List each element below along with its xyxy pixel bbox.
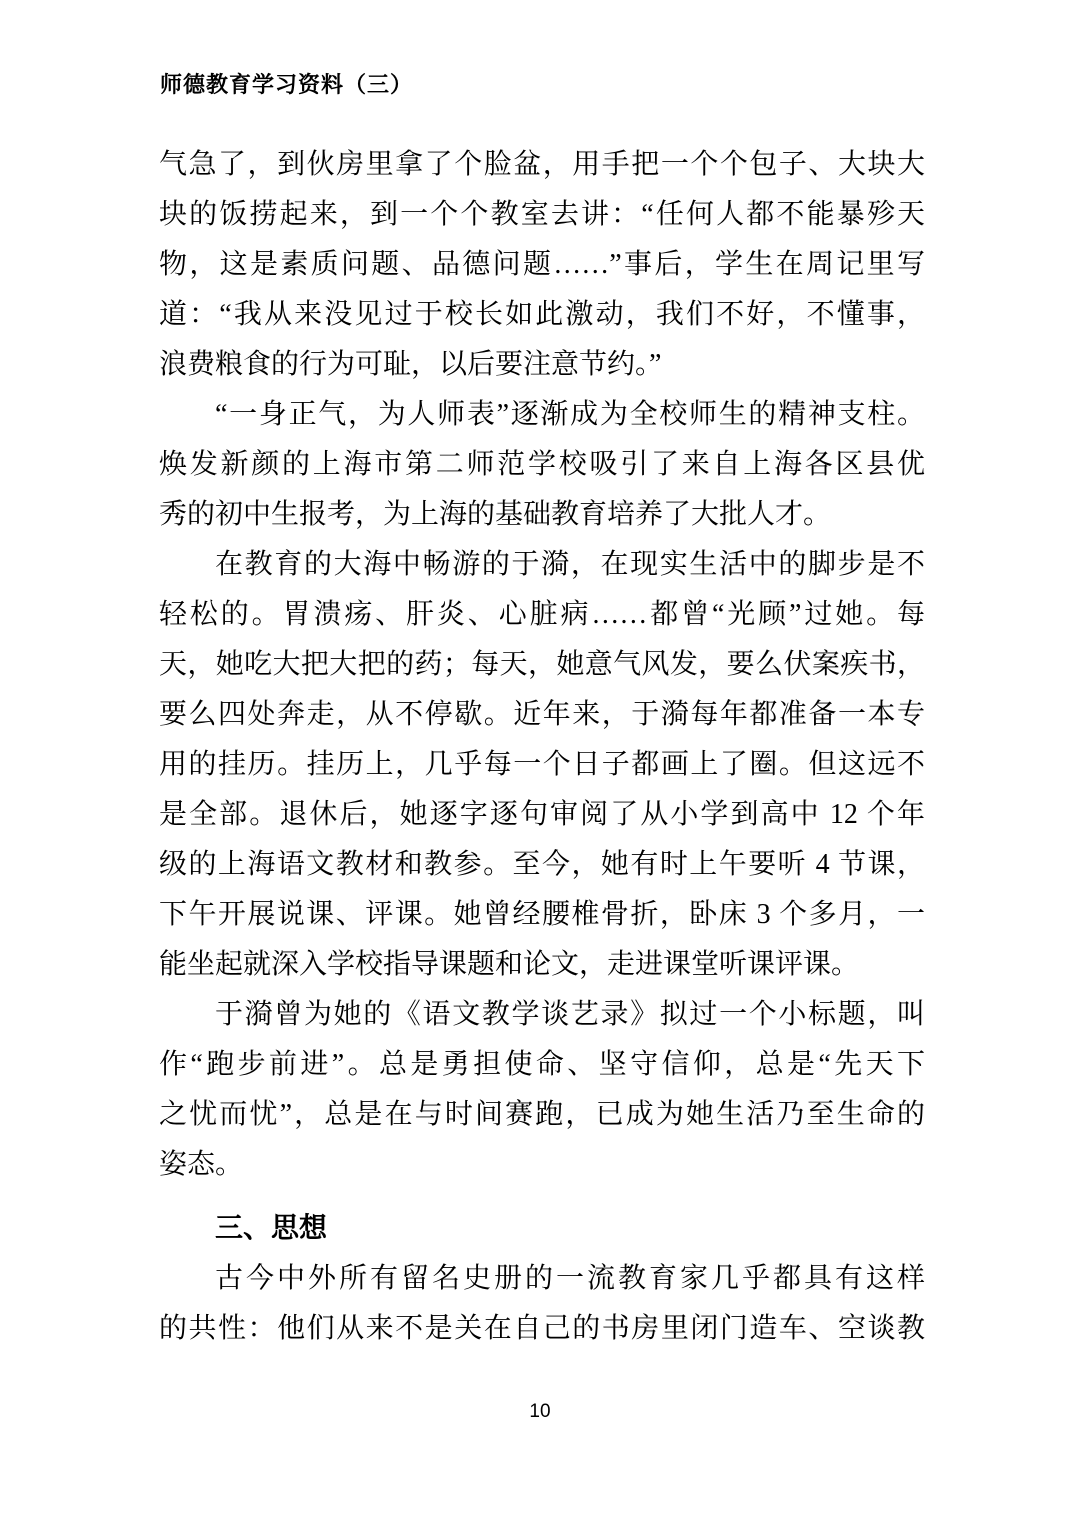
text-line: 块的饭捞起来，到一个个教室去讲：“任何人都不能暴殄天 <box>159 190 925 240</box>
text-line: 级的上海语文教材和教参。至今，她有时上午要听 4 节课， <box>159 840 925 890</box>
paragraph: “一身正气，为人师表”逐渐成为全校师生的精神支柱。焕发新颜的上海市第二师范学校吸… <box>159 390 925 540</box>
text-line: 能坐起就深入学校指导课题和论文，走进课堂听课评课。 <box>159 940 925 990</box>
paragraph: 气急了，到伙房里拿了个脸盆，用手把一个个包子、大块大块的饭捞起来，到一个个教室去… <box>159 140 925 390</box>
paragraph: 在教育的大海中畅游的于漪，在现实生活中的脚步是不轻松的。胃溃疡、肝炎、心脏病……… <box>159 540 925 990</box>
text-line: 秀的初中生报考，为上海的基础教育培养了大批人才。 <box>159 490 925 540</box>
paragraph: 古今中外所有留名史册的一流教育家几乎都具有这样的共性：他们从来不是关在自己的书房… <box>159 1254 925 1354</box>
text-line: 下午开展说课、评课。她曾经腰椎骨折，卧床 3 个多月，一 <box>159 890 925 940</box>
text-line: 古今中外所有留名史册的一流教育家几乎都具有这样 <box>159 1254 925 1304</box>
document-page: 师德教育学习资料（三） 气急了，到伙房里拿了个脸盆，用手把一个个包子、大块大块的… <box>0 0 1080 1527</box>
text-line: 道：“我从来没见过于校长如此激动，我们不好，不懂事， <box>159 290 925 340</box>
text-line: “一身正气，为人师表”逐渐成为全校师生的精神支柱。 <box>159 390 925 440</box>
text-line: 姿态。 <box>159 1140 925 1190</box>
document-body: 气急了，到伙房里拿了个脸盆，用手把一个个包子、大块大块的饭捞起来，到一个个教室去… <box>159 140 925 1354</box>
text-line: 作“跑步前进”。总是勇担使命、坚守信仰，总是“先天下 <box>159 1040 925 1090</box>
text-line: 的共性：他们从来不是关在自己的书房里闭门造车、空谈教 <box>159 1304 925 1354</box>
text-line: 之忧而忧”，总是在与时间赛跑，已成为她生活乃至生命的 <box>159 1090 925 1140</box>
paragraph: 于漪曾为她的《语文教学谈艺录》拟过一个小标题，叫作“跑步前进”。总是勇担使命、坚… <box>159 990 925 1190</box>
text-line: 是全部。退休后，她逐字逐句审阅了从小学到高中 12 个年 <box>159 790 925 840</box>
text-line: 于漪曾为她的《语文教学谈艺录》拟过一个小标题，叫 <box>159 990 925 1040</box>
text-line: 轻松的。胃溃疡、肝炎、心脏病……都曾“光顾”过她。每 <box>159 590 925 640</box>
page-number: 10 <box>0 1400 1080 1424</box>
page-header: 师德教育学习资料（三） <box>160 71 413 99</box>
text-line: 焕发新颜的上海市第二师范学校吸引了来自上海各区县优 <box>159 440 925 490</box>
text-line: 浪费粮食的行为可耻，以后要注意节约。” <box>159 340 925 390</box>
text-line: 气急了，到伙房里拿了个脸盆，用手把一个个包子、大块大 <box>159 140 925 190</box>
text-line: 用的挂历。挂历上，几乎每一个日子都画上了圈。但这远不 <box>159 740 925 790</box>
text-line: 天，她吃大把大把的药；每天，她意气风发，要么伏案疾书， <box>159 640 925 690</box>
text-line: 在教育的大海中畅游的于漪，在现实生活中的脚步是不 <box>159 540 925 590</box>
text-line: 要么四处奔走，从不停歇。近年来，于漪每年都准备一本专 <box>159 690 925 740</box>
section-heading: 三、思想 <box>159 1204 925 1254</box>
text-line: 物，这是素质问题、品德问题……”事后，学生在周记里写 <box>159 240 925 290</box>
